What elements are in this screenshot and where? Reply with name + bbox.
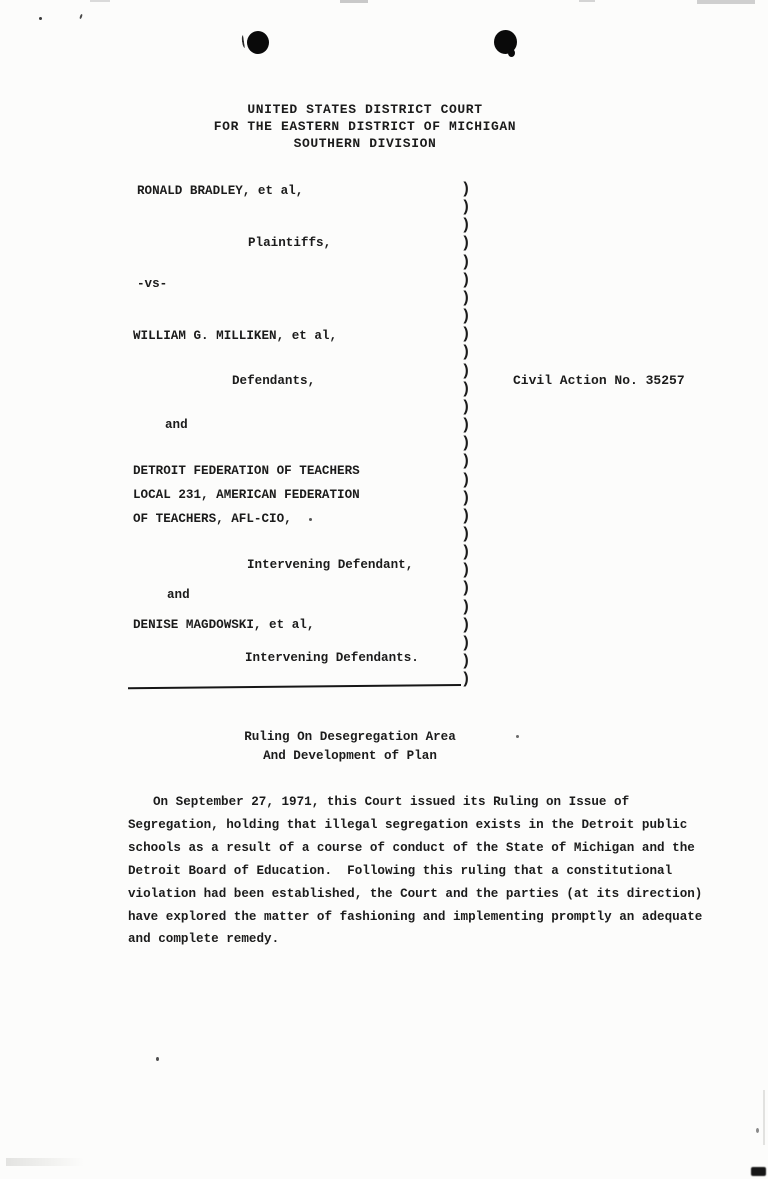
scan-speck bbox=[156, 1057, 159, 1061]
scan-smudge bbox=[6, 1158, 84, 1166]
caption-rule bbox=[128, 684, 461, 689]
document-title-line1: Ruling On Desegregation Area bbox=[150, 728, 550, 747]
scan-edge-line bbox=[763, 1090, 765, 1145]
defendant-name: WILLIAM G. MILLIKEN, et al, bbox=[133, 329, 337, 343]
versus-label: -vs- bbox=[137, 277, 167, 291]
scan-corner-blob bbox=[751, 1167, 766, 1176]
scan-edge-artifact bbox=[90, 0, 110, 2]
intervenor1-name-line2: LOCAL 231, AMERICAN FEDERATION bbox=[133, 488, 360, 502]
plaintiff-name: RONALD BRADLEY, et al, bbox=[137, 184, 303, 198]
conjunction-and-1: and bbox=[165, 418, 188, 432]
intervenor2-role: Intervening Defendants. bbox=[245, 651, 419, 665]
body-line: Segregation, holding that illegal segreg… bbox=[128, 814, 728, 837]
court-district: FOR THE EASTERN DISTRICT OF MICHIGAN bbox=[130, 118, 600, 135]
caption-bracket-column: ) ) ) ) ) ) ) ) ) ) ) ) ) ) ) ) ) ) ) ) … bbox=[461, 180, 471, 688]
court-division: SOUTHERN DIVISION bbox=[130, 135, 600, 152]
intervenor2-name: DENISE MAGDOWSKI, et al, bbox=[133, 618, 314, 632]
scan-speck bbox=[309, 518, 312, 521]
court-header: UNITED STATES DISTRICT COURT FOR THE EAS… bbox=[130, 101, 600, 152]
document-title: Ruling On Desegregation Area And Develop… bbox=[150, 728, 550, 765]
scan-edge-artifact bbox=[697, 0, 755, 4]
body-line: On September 27, 1971, this Court issued… bbox=[128, 791, 728, 814]
case-number: Civil Action No. 35257 bbox=[513, 374, 685, 389]
ruling-body-paragraph: On September 27, 1971, this Court issued… bbox=[128, 791, 728, 951]
defendant-role: Defendants, bbox=[232, 374, 315, 388]
intervenor1-name-line3: OF TEACHERS, AFL-CIO, bbox=[133, 512, 292, 526]
scanned-court-document-page: UNITED STATES DISTRICT COURT FOR THE EAS… bbox=[0, 0, 768, 1179]
scan-speck bbox=[756, 1128, 759, 1133]
body-line: have explored the matter of fashioning a… bbox=[128, 906, 728, 929]
scan-edge-artifact bbox=[579, 0, 595, 2]
scan-speck bbox=[39, 17, 42, 20]
document-title-line2: And Development of Plan bbox=[150, 747, 550, 766]
body-line: schools as a result of a course of condu… bbox=[128, 837, 728, 860]
court-name: UNITED STATES DISTRICT COURT bbox=[130, 101, 600, 118]
conjunction-and-2: and bbox=[167, 588, 190, 602]
intervenor1-name-line1: DETROIT FEDERATION OF TEACHERS bbox=[133, 464, 360, 478]
plaintiff-role: Plaintiffs, bbox=[248, 236, 331, 250]
body-line: violation had been established, the Cour… bbox=[128, 883, 728, 906]
intervenor1-role: Intervening Defendant, bbox=[247, 558, 413, 572]
scan-edge-artifact bbox=[340, 0, 368, 3]
punch-hole-dot-right bbox=[494, 30, 517, 54]
scan-speck bbox=[79, 14, 83, 19]
body-line: and complete remedy. bbox=[128, 928, 728, 951]
body-line: Detroit Board of Education. Following th… bbox=[128, 860, 728, 883]
punch-hole-dot-left bbox=[247, 31, 269, 54]
scan-speck bbox=[516, 735, 519, 738]
